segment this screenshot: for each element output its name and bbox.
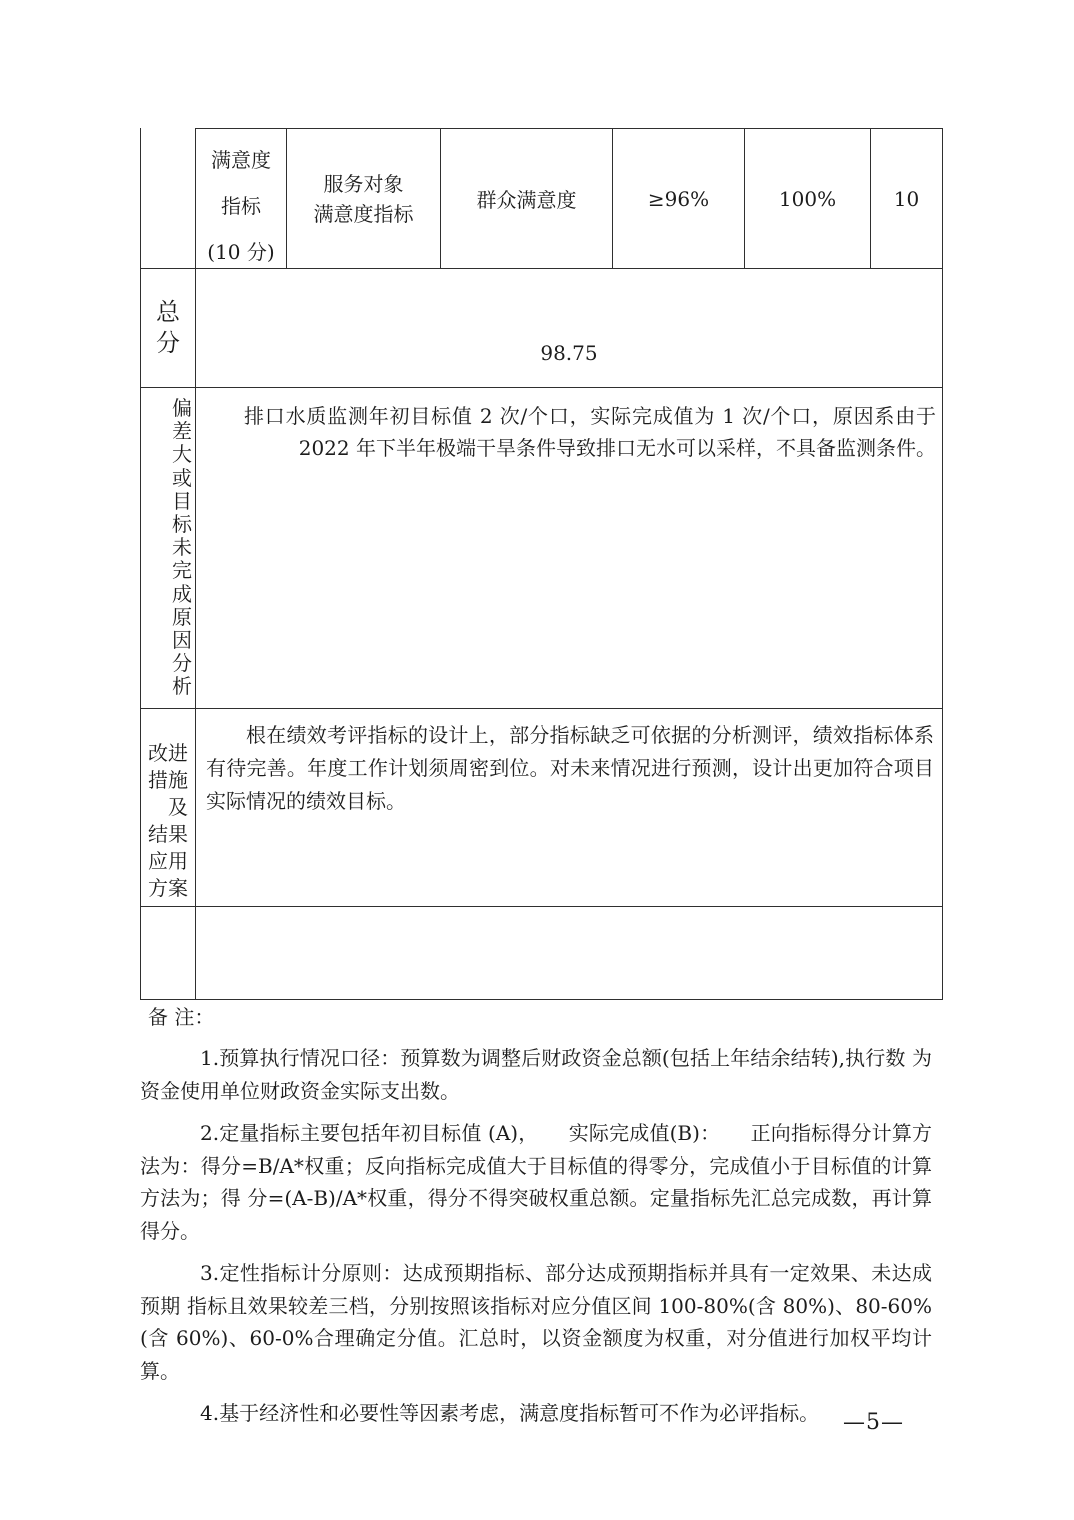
total-score-value-cell: 98.75: [196, 269, 943, 388]
document-page: 满意度 指标 (10 分) 服务对象 满意度指标 群众满意度 ≥96% 100%…: [0, 0, 1074, 1520]
remarks-section: 备 注： 1.预算执行情况口径：预算数为调整后财政资金总额(包括上年结余结转),…: [140, 1002, 932, 1430]
category-cell-empty: [140, 128, 196, 269]
actual-value-cell: 100%: [745, 128, 871, 269]
target-value-cell: ≥96%: [613, 128, 745, 269]
deviation-analysis-cell: 排口水质监测年初目标值 2 次/个口，实际完成值为 1 次/个口，原因系由于 2…: [196, 388, 943, 709]
remarks-title: 备 注：: [148, 1002, 932, 1032]
empty-label-cell: [140, 907, 196, 1000]
satisfaction-indicator-cell: 服务对象 满意度指标: [287, 128, 441, 269]
improvement-plan-cell: 根在绩效考评指标的设计上，部分指标缺乏可依据的分析测评，绩效指标体系有待完善。年…: [196, 709, 943, 907]
improvement-label-cell: 改进 措施 及 结果 应用 方案: [140, 709, 196, 907]
empty-content-cell: [196, 907, 943, 1000]
satisfaction-group-cell: 满意度 指标 (10 分): [196, 128, 287, 269]
deviation-label-cell: 偏 差 大 或 目 标 未 完 成 原 因 分 析: [140, 388, 196, 709]
note-item-3: 3.定性指标计分原则：达成预期指标、部分达成预期指标并具有一定效果、未达成预期 …: [140, 1257, 932, 1387]
note-item-1: 1.预算执行情况口径：预算数为调整后财政资金总额(包括上年结余结转),执行数 为…: [140, 1042, 932, 1107]
performance-evaluation-table: 满意度 指标 (10 分) 服务对象 满意度指标 群众满意度 ≥96% 100%…: [140, 128, 943, 1000]
note-item-2: 2.定量指标主要包括年初目标值 (A)， 实际完成值(B)： 正向指标得分计算方…: [140, 1117, 932, 1247]
indicator-name-cell: 群众满意度: [441, 128, 613, 269]
note-item-4: 4.基于经济性和必要性等因素考虑，满意度指标暂可不作为必评指标。: [140, 1397, 932, 1430]
score-cell: 10: [871, 128, 943, 269]
page-number: —5—: [843, 1410, 904, 1435]
total-score-label-cell: 总 分: [140, 269, 196, 388]
